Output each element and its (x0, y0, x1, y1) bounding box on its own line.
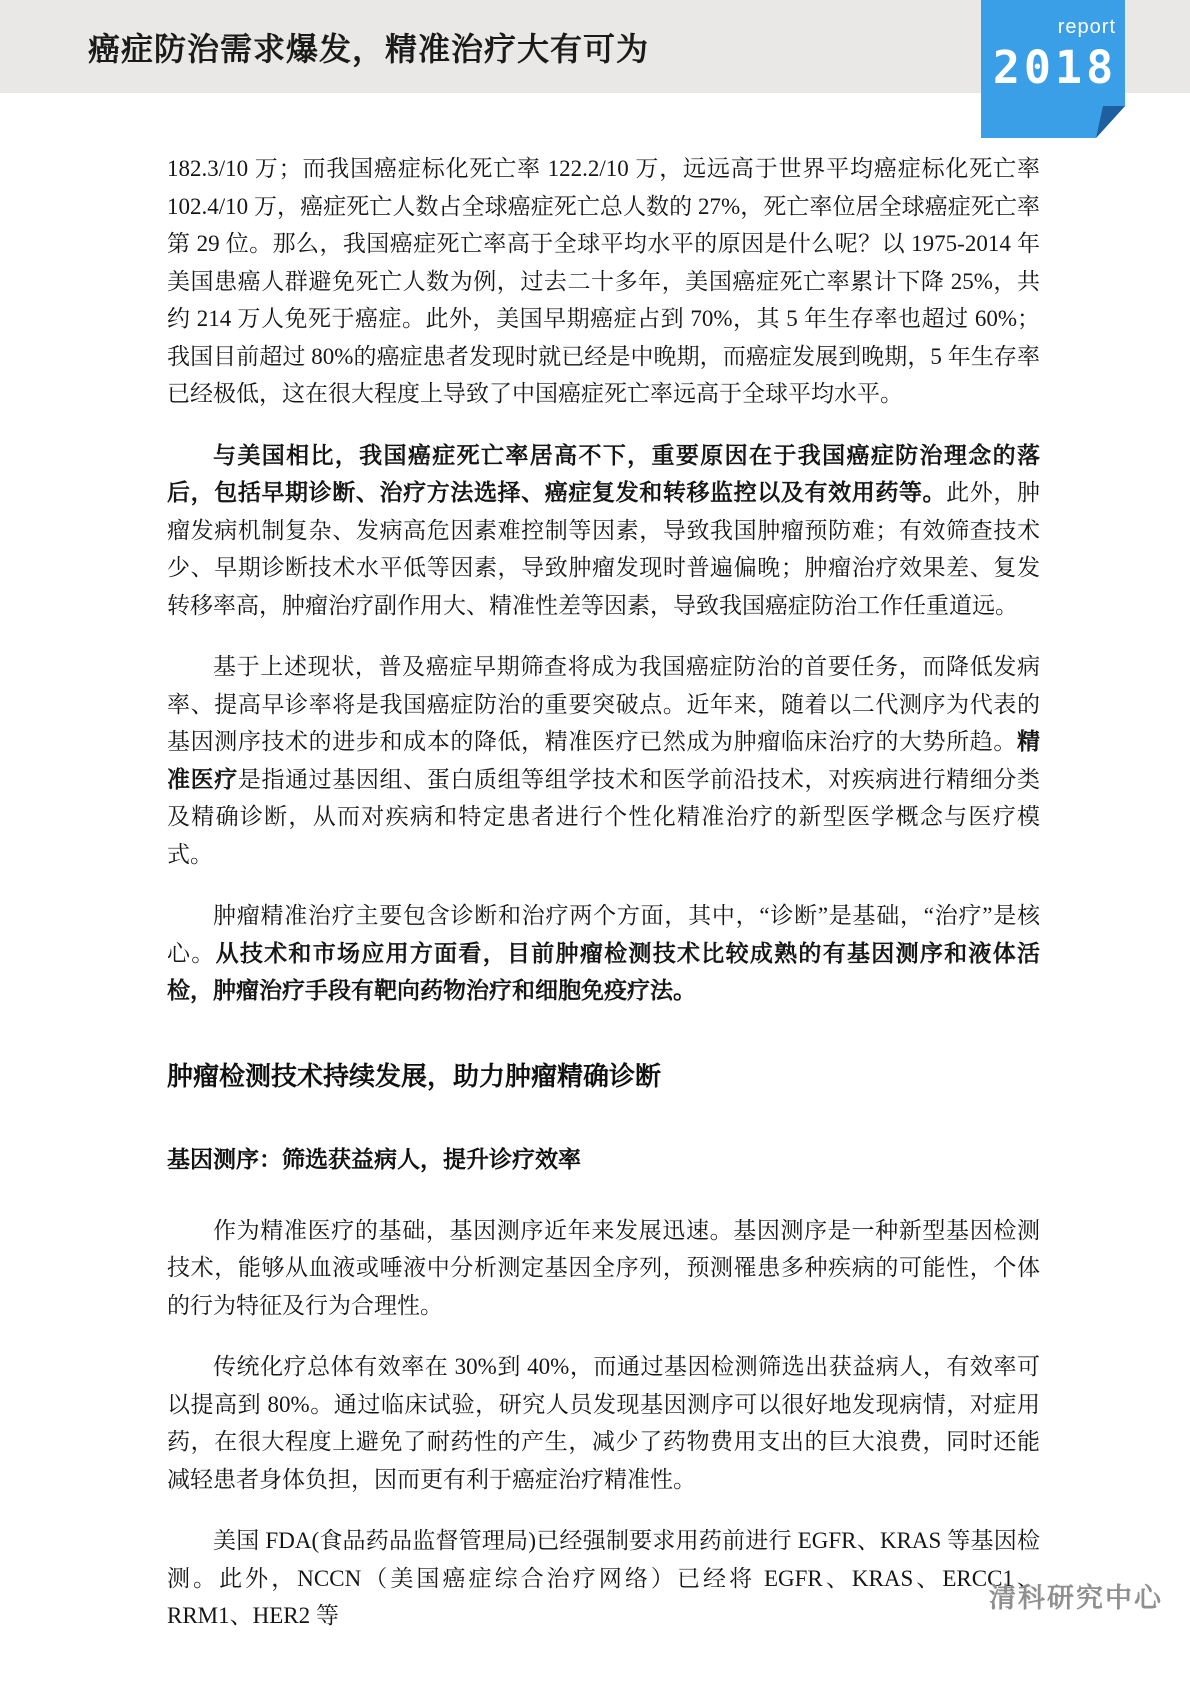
text-run: 基于上述现状，普及癌症早期筛查将成为我国癌症防治的首要任务，而降低发病率、提高早… (167, 654, 1040, 754)
document-body: 182.3/10 万；而我国癌症标化死亡率 122.2/10 万，远远高于世界平… (167, 93, 1040, 1635)
text-run-bold: 从技术和市场应用方面看，目前肿瘤检测技术比较成熟的有基因测序和液体活检，肿瘤治疗… (167, 940, 1040, 1004)
text-run: 是指通过基因组、蛋白质组等组学技术和医学前沿技术，对疾病进行精细分类及精确诊断，… (167, 767, 1040, 867)
text-run: 美国 FDA(食品药品监督管理局)已经强制要求用药前进行 EGFR、KRAS 等… (167, 1528, 1040, 1628)
text-run: 182.3/10 万；而我国癌症标化死亡率 122.2/10 万，远远高于世界平… (167, 156, 1040, 406)
report-2018-badge: report 2018 (981, 0, 1125, 138)
paragraph-1: 182.3/10 万；而我国癌症标化死亡率 122.2/10 万，远远高于世界平… (167, 150, 1040, 413)
paragraph-7: 美国 FDA(食品药品监督管理局)已经强制要求用药前进行 EGFR、KRAS 等… (167, 1522, 1040, 1635)
badge-year: 2018 (981, 41, 1125, 94)
text-run: 传统化疗总体有效率在 30%到 40%，而通过基因检测筛选出获益病人，有效率可以… (167, 1354, 1040, 1492)
paragraph-6: 传统化疗总体有效率在 30%到 40%，而通过基因检测筛选出获益病人，有效率可以… (167, 1348, 1040, 1498)
paragraph-3: 基于上述现状，普及癌症早期筛查将成为我国癌症防治的首要任务，而降低发病率、提高早… (167, 648, 1040, 873)
paragraph-5: 作为精准医疗的基础，基因测序近年来发展迅速。基因测序是一种新型基因检测技术，能够… (167, 1212, 1040, 1325)
brand-logo: 清科研究中心 (989, 1576, 1163, 1615)
paragraph-4: 肿瘤精准治疗主要包含诊断和治疗两个方面，其中，“诊断”是基础，“治疗”是核心。从… (167, 897, 1040, 1010)
section-heading: 肿瘤检测技术持续发展，助力肿瘤精确诊断 (167, 1056, 1040, 1093)
report-page: 癌症防治需求爆发，精准治疗大有可为 report 2018 182.3/10 万… (0, 0, 1190, 1683)
text-run-bold: 与美国相比，我国癌症死亡率居高不下，重要原因在于我国癌症防治理念的落后，包括早期… (167, 442, 1040, 506)
badge-report-label: report (1058, 16, 1116, 39)
page-title: 癌症防治需求爆发，精准治疗大有可为 (88, 24, 649, 70)
paragraph-2: 与美国相比，我国癌症死亡率居高不下，重要原因在于我国癌症防治理念的落后，包括早期… (167, 437, 1040, 625)
subsection-heading: 基因测序：筛选获益病人，提升诊疗效率 (167, 1141, 1040, 1174)
text-run: 作为精准医疗的基础，基因测序近年来发展迅速。基因测序是一种新型基因检测技术，能够… (167, 1218, 1040, 1318)
